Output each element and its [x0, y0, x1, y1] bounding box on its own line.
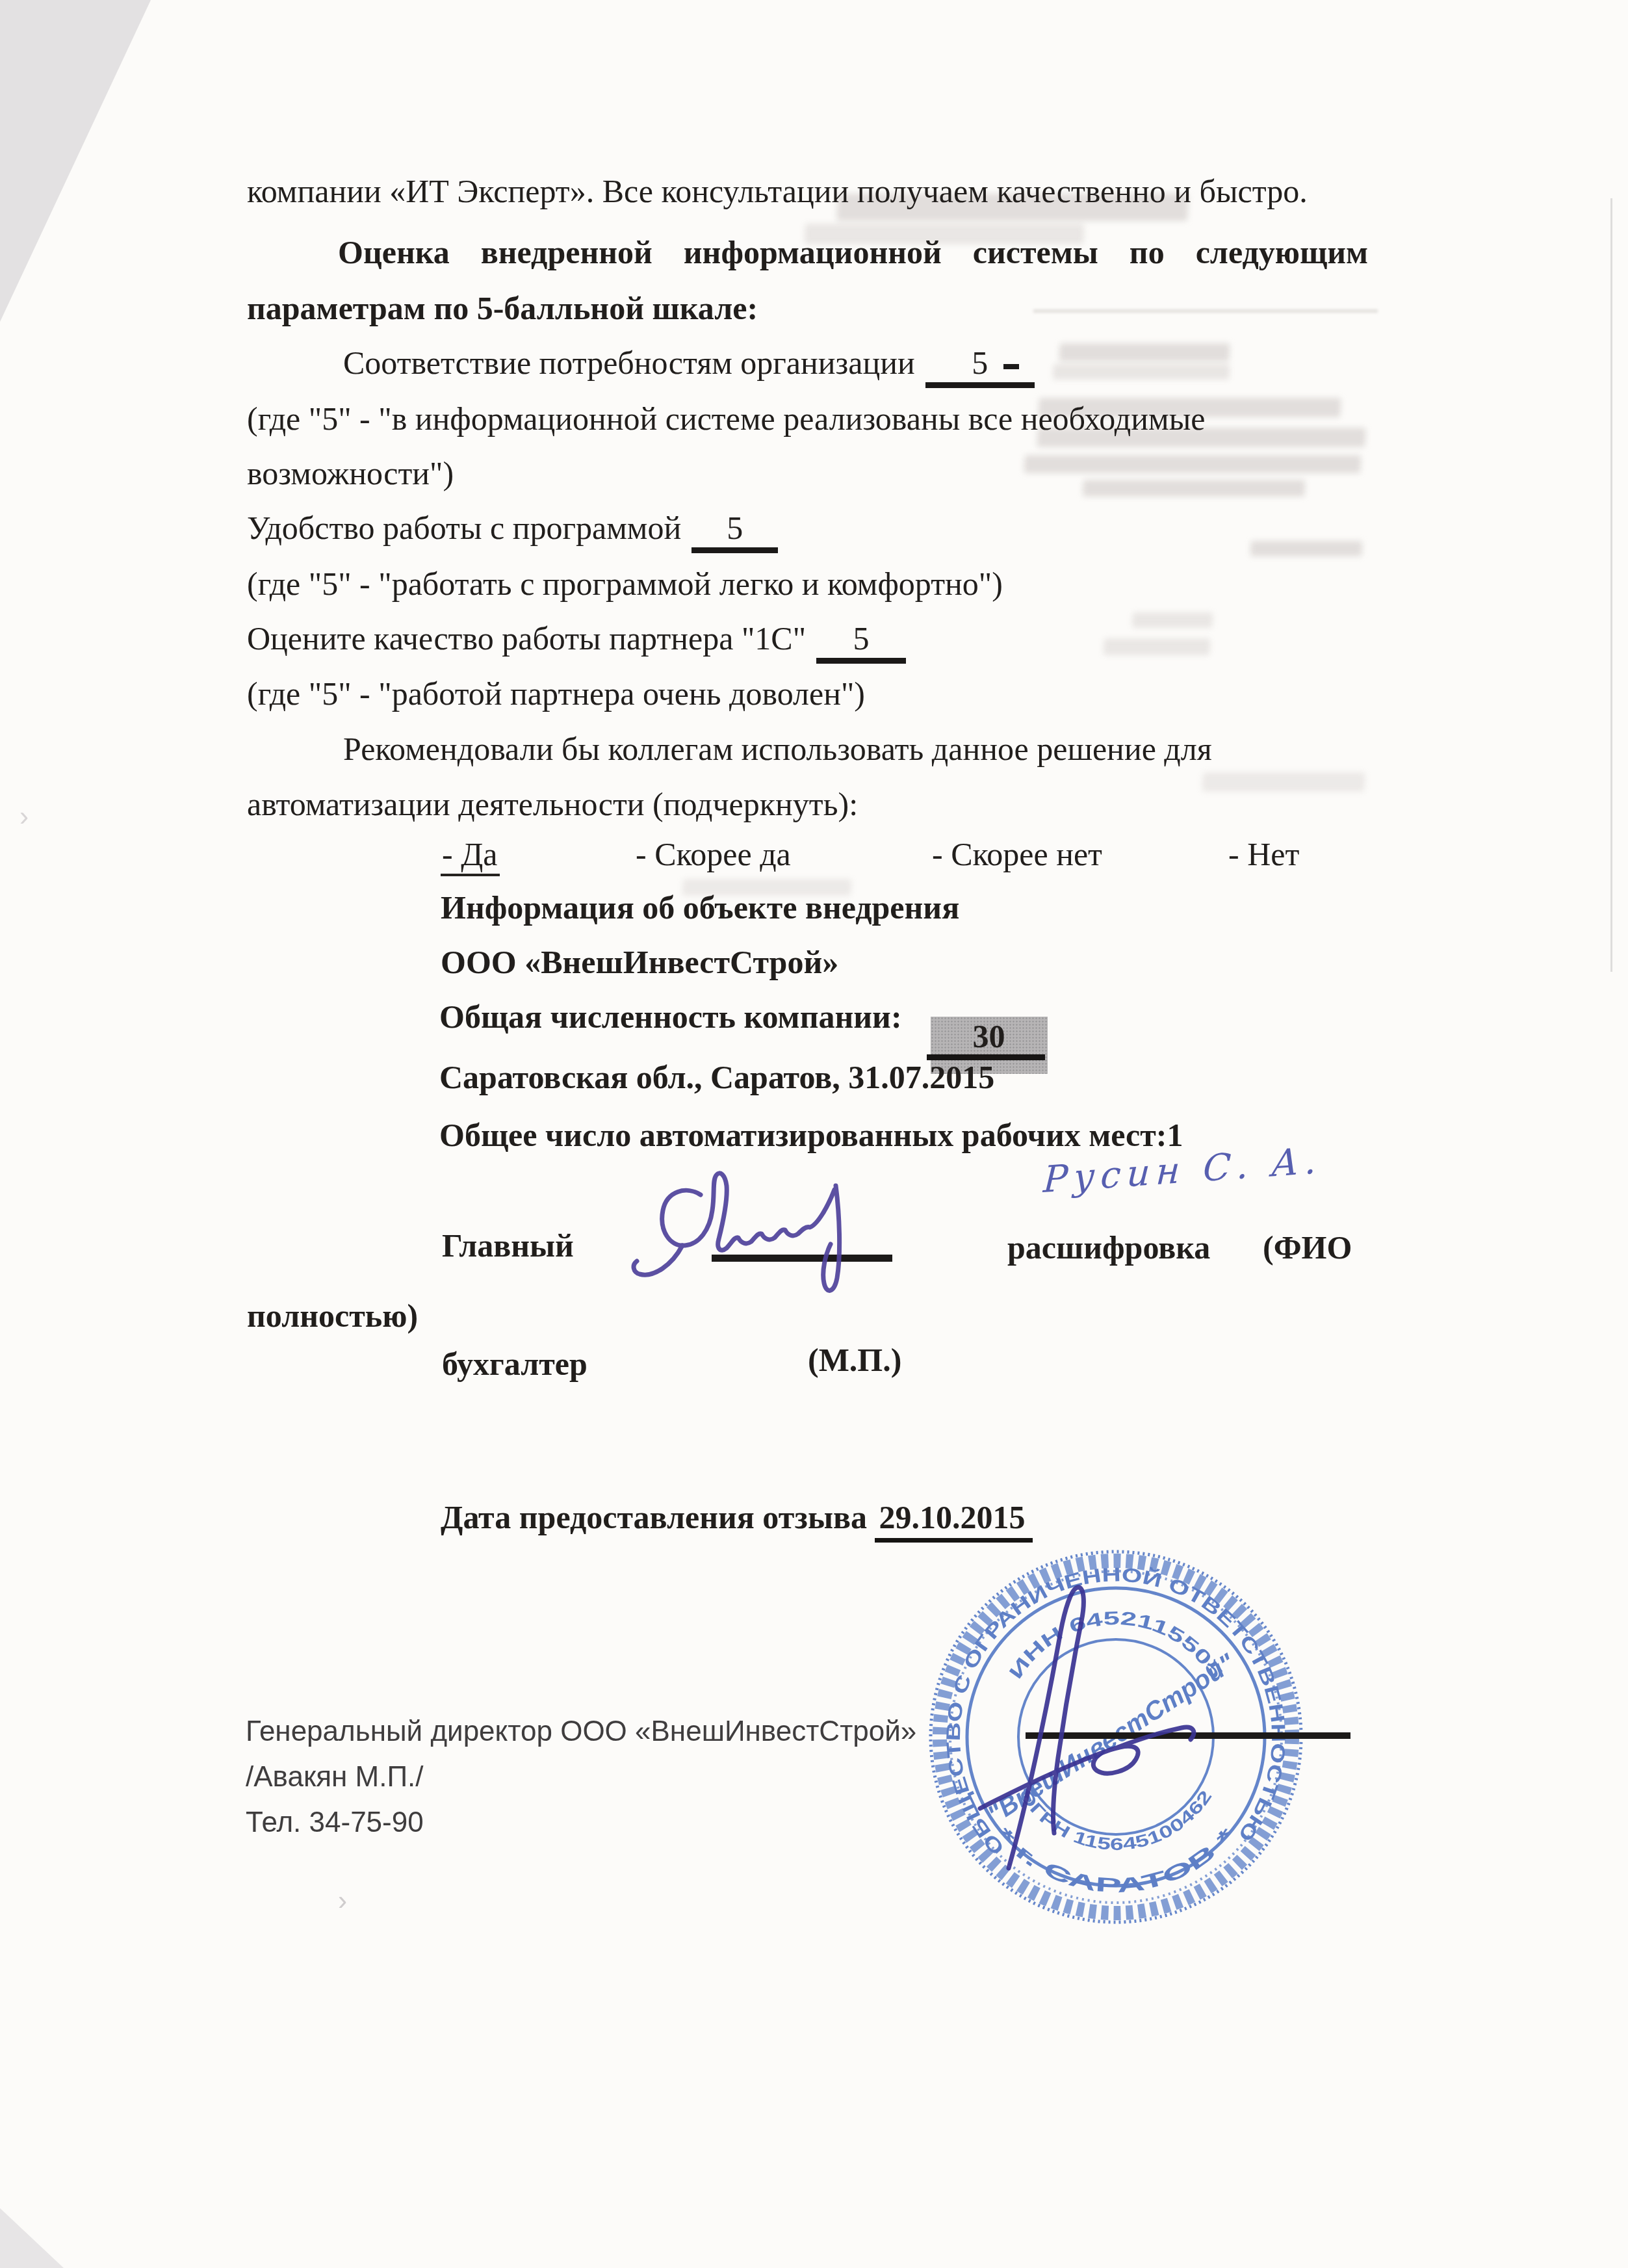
option-no: - Нет: [1228, 835, 1299, 874]
rating-q3-value: 5: [816, 619, 906, 664]
sig-role-1: Главный: [442, 1226, 574, 1265]
rating-q2-value: 5: [691, 508, 778, 553]
rating-q1-line: Соответствие потребностям организации5: [343, 343, 1035, 388]
sig-role-2: бухгалтер: [442, 1344, 588, 1383]
info-heading: Информация об объекте внедрения: [441, 888, 959, 927]
headcount-value: 30: [931, 1017, 1048, 1056]
sig-fio: (ФИО: [1263, 1228, 1352, 1267]
date-value: 29.10.2015: [875, 1499, 1033, 1543]
bleed-through-mark: [1033, 309, 1378, 313]
info-location-date: Саратовская обл., Саратов, 31.07.2015: [439, 1058, 994, 1097]
bleed-through-mark: [1059, 343, 1230, 361]
scan-edge-line: [1610, 198, 1612, 972]
heading-word: по: [1130, 233, 1165, 272]
heading-word: информационной: [684, 233, 942, 272]
stray-dash: [1003, 364, 1019, 369]
rating-q2-line: Удобство работы с программой5: [247, 508, 778, 553]
bleed-through-mark: [1202, 772, 1365, 792]
page-corner-fold-top-left: [0, 0, 151, 322]
heading-line-1: Оценка внедренной информационной системы…: [338, 233, 1368, 272]
rating-q3-label: Оцените качество работы партнера "1С": [247, 620, 806, 657]
sig-decipher: расшифровка: [1007, 1228, 1210, 1267]
page-corner-fold-bottom-left: [0, 2208, 64, 2268]
scan-speck: ›: [338, 1885, 347, 1916]
bleed-through-mark: [1250, 541, 1363, 556]
option-rather-no: - Скорее нет: [932, 835, 1102, 874]
footer-line-1: Генеральный директор ООО «ВнешИнвестСтро…: [246, 1712, 916, 1751]
rating-q1-note-1: (где "5" - "в информационной системе реа…: [247, 399, 1205, 438]
scanned-document-page: › › компании «ИТ Эксперт». Все консульта…: [0, 0, 1628, 2268]
info-company: ООО «ВнешИнвестСтрой»: [441, 943, 838, 982]
heading-word: системы: [973, 233, 1098, 272]
bleed-through-mark: [1024, 455, 1362, 473]
scan-speck: ›: [19, 801, 29, 832]
date-line: Дата предоставления отзыва 29.10.2015: [441, 1498, 1033, 1537]
footer-line-3: Тел. 34-75-90: [246, 1803, 424, 1842]
recommend-line-2: автоматизации деятельности (подчеркнуть)…: [247, 785, 858, 824]
option-rather-yes: - Скорее да: [636, 835, 791, 874]
chief-signature: [617, 1131, 923, 1352]
headcount-label: Общая численность компании:: [439, 998, 902, 1035]
heading-word: следующим: [1196, 233, 1368, 272]
option-yes: - Да: [441, 835, 500, 874]
rating-q2-note: (где "5" - "работать с программой легко …: [247, 564, 1003, 603]
rating-q3-line: Оцените качество работы партнера "1С"5: [247, 619, 906, 664]
rating-q2-label: Удобство работы с программой: [247, 510, 681, 546]
rating-q1-note-2: возможности"): [247, 454, 454, 493]
heading-word: внедренной: [481, 233, 652, 272]
bleed-through-mark: [1053, 364, 1230, 380]
sig-fully: полностью): [247, 1296, 418, 1335]
rating-q1-label: Соответствие потребностям организации: [343, 345, 915, 381]
footer-line-2: /Авакян М.П./: [246, 1758, 423, 1797]
rating-q3-note: (где "5" - "работой партнера очень довол…: [247, 674, 865, 713]
heading-word: Оценка: [338, 233, 450, 272]
recommend-line-1: Рекомендовали бы коллегам использовать д…: [343, 729, 1212, 768]
bleed-through-mark: [1083, 480, 1306, 497]
intro-line: компании «ИТ Эксперт». Все консультации …: [247, 172, 1308, 211]
date-label: Дата предоставления отзыва: [441, 1499, 867, 1535]
bleed-through-mark: [1104, 638, 1211, 655]
heading-line-2: параметрам по 5-балльной шкале:: [247, 289, 758, 328]
bleed-through-mark: [1132, 612, 1213, 628]
director-signature: [949, 1548, 1209, 1886]
